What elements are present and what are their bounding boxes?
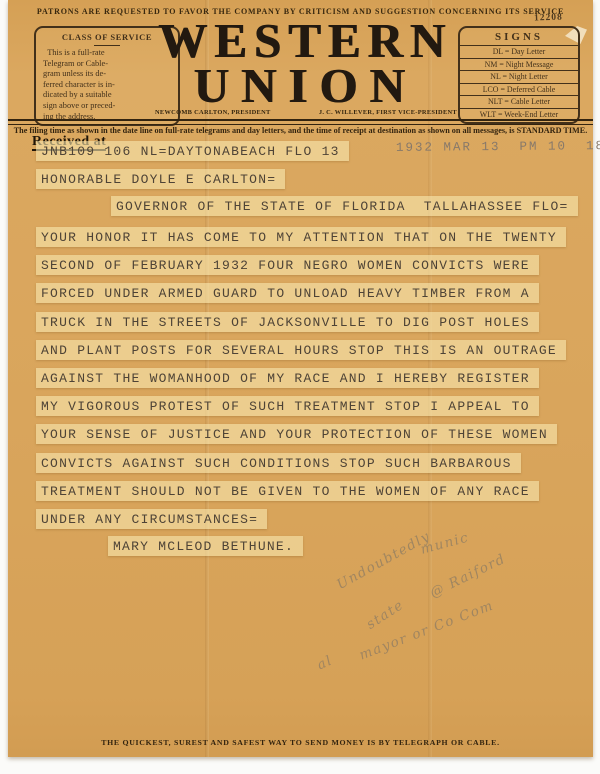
- telegram-paper: PATRONS ARE REQUESTED TO FAVOR THE COMPA…: [8, 0, 593, 757]
- telegram-line: SECOND OF FEBRUARY 1932 FOUR NEGRO WOMEN…: [36, 255, 566, 283]
- signs-row: NM = Night Message: [460, 59, 578, 72]
- telegram-line: UNDER ANY CIRCUMSTANCES=: [36, 509, 566, 537]
- telegram-line-text: SECOND OF FEBRUARY 1932 FOUR NEGRO WOMEN…: [36, 255, 539, 275]
- title-rule: [94, 45, 120, 46]
- pencil-note: Undoubtedly: [334, 528, 433, 593]
- signs-row: NLT = Cable Letter: [460, 96, 578, 109]
- money-transfer-slogan: THE QUICKEST, SUREST AND SAFEST WAY TO S…: [8, 738, 593, 747]
- telegram-body: YOUR HONOR IT HAS COME TO MY ATTENTION T…: [36, 227, 566, 537]
- telegram-line: MY VIGOROUS PROTEST OF SUCH TREATMENT ST…: [36, 396, 566, 424]
- class-of-service-title: CLASS OF SERVICE: [43, 32, 171, 42]
- telegram-line-text: YOUR SENSE OF JUSTICE AND YOUR PROTECTIO…: [36, 424, 557, 444]
- telegram-line: AND PLANT POSTS FOR SEVERAL HOURS STOP T…: [36, 340, 566, 368]
- signs-box: SIGNS DL = Day Letter NM = Night Message…: [458, 26, 580, 124]
- telegram-line-text: FORCED UNDER ARMED GUARD TO UNLOAD HEAVY…: [36, 283, 539, 303]
- telegram-line-text: AGAINST THE WOMANHOOD OF MY RACE AND I H…: [36, 368, 539, 388]
- signs-row: LCO = Deferred Cable: [460, 84, 578, 97]
- telegram-line-text: MY VIGOROUS PROTEST OF SUCH TREATMENT ST…: [36, 396, 539, 416]
- telegram-line: AGAINST THE WOMANHOOD OF MY RACE AND I H…: [36, 368, 566, 396]
- addressee-line: HONORABLE DOYLE E CARLTON=: [36, 169, 285, 189]
- brand-word-union: UNION: [156, 64, 454, 108]
- pencil-note: mayor or Co Com: [357, 597, 496, 663]
- catalog-number: 12208: [534, 13, 563, 24]
- header-divider: [8, 119, 593, 125]
- telegram-line-text: CONVICTS AGAINST SUCH CONDITIONS STOP SU…: [36, 453, 521, 473]
- pencil-note: state: [364, 597, 407, 633]
- telegram-line: TREATMENT SHOULD NOT BE GIVEN TO THE WOM…: [36, 481, 566, 509]
- telegram-line-text: TRUCK IN THE STREETS OF JACKSONVILLE TO …: [36, 312, 539, 332]
- signature-text: MARY MCLEOD BETHUNE.: [108, 536, 303, 556]
- officers-line: NEWCOMB CARLTON, PRESIDENT J. C. WILLEVE…: [155, 109, 457, 116]
- telegram-scan: PATRONS ARE REQUESTED TO FAVOR THE COMPA…: [0, 0, 600, 774]
- telegram-line: CONVICTS AGAINST SUCH CONDITIONS STOP SU…: [36, 453, 566, 481]
- class-of-service-text: This is a full-rate Telegram or Cable- g…: [43, 48, 171, 122]
- signature-line: MARY MCLEOD BETHUNE.: [108, 536, 303, 556]
- pencil-note: al: [315, 652, 336, 673]
- vice-president-name: J. C. WILLEVER, FIRST VICE-PRESIDENT: [319, 109, 457, 116]
- pencil-note: @ Raiford: [427, 551, 508, 601]
- telegram-line-text: UNDER ANY CIRCUMSTANCES=: [36, 509, 267, 529]
- received-time-stamp: 1932 MAR 13 PM 10 18: [396, 139, 600, 155]
- dateline-text: JNB109 106 NL=DAYTONABEACH FLO 13: [36, 141, 349, 161]
- telegram-line-text: TREATMENT SHOULD NOT BE GIVEN TO THE WOM…: [36, 481, 539, 501]
- telegram-line: YOUR SENSE OF JUSTICE AND YOUR PROTECTIO…: [36, 424, 566, 452]
- telegram-line-text: YOUR HONOR IT HAS COME TO MY ATTENTION T…: [36, 227, 566, 247]
- addressee-text-2: GOVERNOR OF THE STATE OF FLORIDA TALLAHA…: [111, 196, 578, 216]
- telegram-dateline: JNB109 106 NL=DAYTONABEACH FLO 13: [36, 141, 349, 161]
- telegram-line: FORCED UNDER ARMED GUARD TO UNLOAD HEAVY…: [36, 283, 566, 311]
- addressee-text: HONORABLE DOYLE E CARLTON=: [36, 169, 285, 189]
- signs-row: DL = Day Letter: [460, 46, 578, 59]
- signs-row: NL = Night Letter: [460, 71, 578, 84]
- president-name: NEWCOMB CARLTON, PRESIDENT: [155, 109, 271, 116]
- telegram-line: YOUR HONOR IT HAS COME TO MY ATTENTION T…: [36, 227, 566, 255]
- signs-title: SIGNS: [460, 28, 578, 46]
- telegram-line: TRUCK IN THE STREETS OF JACKSONVILLE TO …: [36, 312, 566, 340]
- western-union-logo: WESTERN UNION: [156, 18, 454, 108]
- telegram-line-text: AND PLANT POSTS FOR SEVERAL HOURS STOP T…: [36, 340, 566, 360]
- addressee-line-2: GOVERNOR OF THE STATE OF FLORIDA TALLAHA…: [111, 196, 578, 216]
